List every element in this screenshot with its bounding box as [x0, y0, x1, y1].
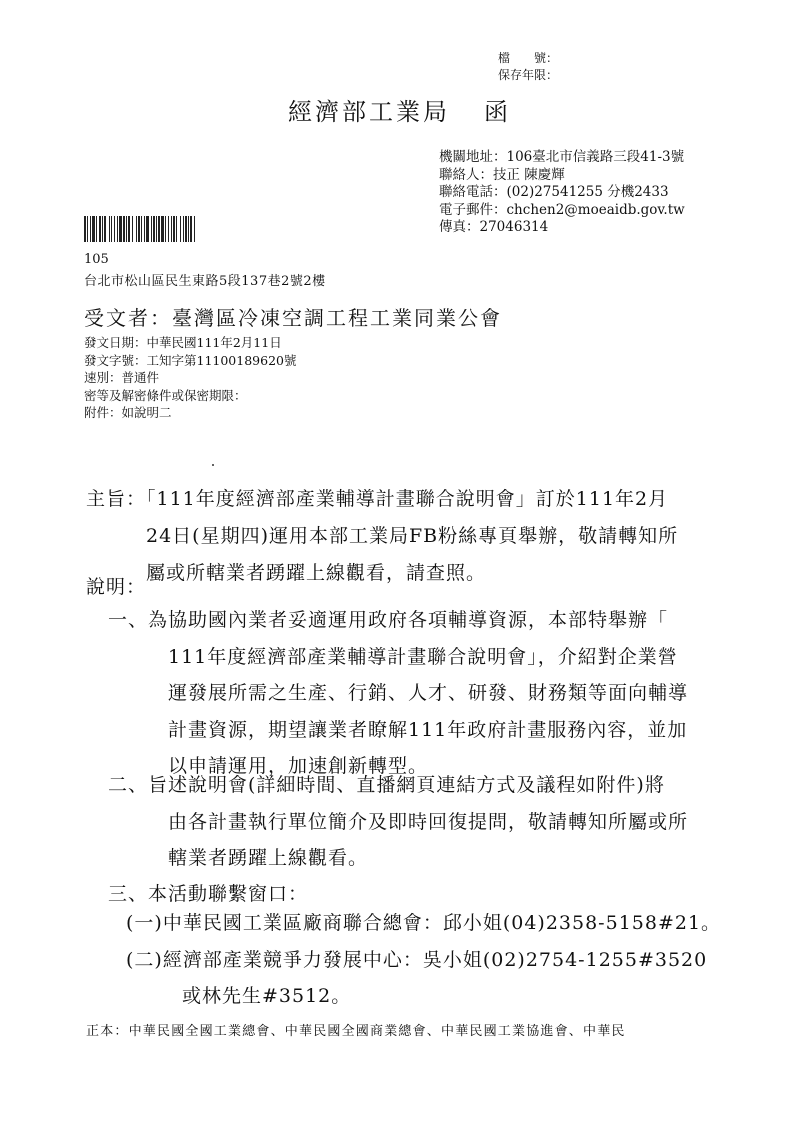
contact-email: 電子郵件：chchen2@moeaidb.gov.tw: [439, 202, 685, 220]
recipient-zip: 105: [84, 252, 109, 267]
paragraph-line: 一、為協助國內業者妥適運用政府各項輔導資源，本部特舉辦「: [108, 602, 688, 639]
paragraph-line: 轄業者踴躍上線觀看。: [108, 840, 688, 877]
recipient-address: 台北市松山區民生東路5段137巷2號2樓: [84, 270, 326, 289]
file-number-label: 檔 號：: [498, 50, 558, 67]
file-meta: 檔 號： 保存年限：: [498, 50, 558, 84]
explanation-item-1: 一、為協助國內業者妥適運用政府各項輔導資源，本部特舉辦「 111年度經濟部產業輔…: [108, 602, 688, 785]
document-type: 函: [484, 98, 511, 126]
copy-recipients: 正本：中華民國全國工業總會、中華民國全國商業總會、中華民國工業協進會、中華民: [86, 1020, 626, 1039]
subject-section: 主旨：「111年度經濟部產業輔導計畫聯合說明會」訂於111年2月 24日(星期四…: [86, 481, 678, 592]
contact-window-2: (二)經濟部產業競爭力發展中心：吳小姐(02)2754-1255#3520 或林…: [126, 942, 707, 1014]
secrecy-level: 密等及解密條件或保密期限：: [84, 387, 296, 405]
contact-line: 或林先生#3512。: [126, 978, 707, 1014]
explanation-heading: 說明：: [86, 572, 146, 599]
scan-speck: [212, 464, 214, 466]
paragraph-line: 由各計畫執行單位簡介及即時回復提問，敬請轉知所屬或所: [108, 804, 688, 841]
contact-line: (二)經濟部產業競爭力發展中心：吳小姐(02)2754-1255#3520: [126, 942, 707, 978]
contact-phone: 聯絡電話：(02)27541255 分機2433: [439, 184, 685, 202]
sender-info: 機關地址：106臺北市信義路三段41-3號 聯絡人：技正 陳慶輝 聯絡電話：(0…: [439, 149, 685, 237]
agency-address: 機關地址：106臺北市信義路三段41-3號: [439, 149, 685, 167]
attachment-note: 附件：如說明二: [84, 404, 296, 422]
delivery-speed: 速別：普通件: [84, 369, 296, 387]
paragraph-line: 運發展所需之生產、行銷、人才、研發、財務類等面向輔導: [108, 675, 688, 712]
issue-date: 發文日期：中華民國111年2月11日: [84, 334, 296, 352]
contact-window-1: (一)中華民國工業區廠商聯合總會：邱小姐(04)2358-5158#21。: [126, 905, 721, 941]
barcode-icon: [84, 216, 256, 242]
contact-person: 聯絡人：技正 陳慶輝: [439, 167, 685, 185]
paragraph-line: 計畫資源，期望讓業者瞭解111年政府計畫服務內容，並加: [108, 712, 688, 749]
document-number: 發文字號：工知字第11100189620號: [84, 352, 296, 370]
contact-line: (一)中華民國工業區廠商聯合總會：邱小姐(04)2358-5158#21。: [126, 912, 721, 934]
subject-line: 屬或所轄業者踴躍上線觀看，請查照。: [86, 555, 678, 592]
issuing-agency: 經濟部工業局: [288, 98, 450, 126]
document-title: 經濟部工業局函: [288, 92, 511, 127]
document-fields: 發文日期：中華民國111年2月11日 發文字號：工知字第11100189620號…: [84, 334, 296, 422]
explanation-item-2: 二、旨述說明會(詳細時間、直播網頁連結方式及議程如附件)將 由各計畫執行單位簡介…: [108, 767, 688, 877]
subject-line: 主旨：「111年度經濟部產業輔導計畫聯合說明會」訂於111年2月: [86, 481, 678, 518]
retention-period-label: 保存年限：: [498, 67, 558, 84]
subject-line: 24日(星期四)運用本部工業局FB粉絲專頁舉辦，敬請轉知所: [86, 518, 678, 555]
paragraph-line: 111年度經濟部產業輔導計畫聯合說明會」，介紹對企業營: [108, 639, 688, 676]
receiver: 受文者：臺灣區冷凍空調工程工業同業公會: [84, 302, 502, 331]
contact-fax: 傳真：27046314: [439, 219, 685, 237]
paragraph-line: 二、旨述說明會(詳細時間、直播網頁連結方式及議程如附件)將: [108, 767, 688, 804]
